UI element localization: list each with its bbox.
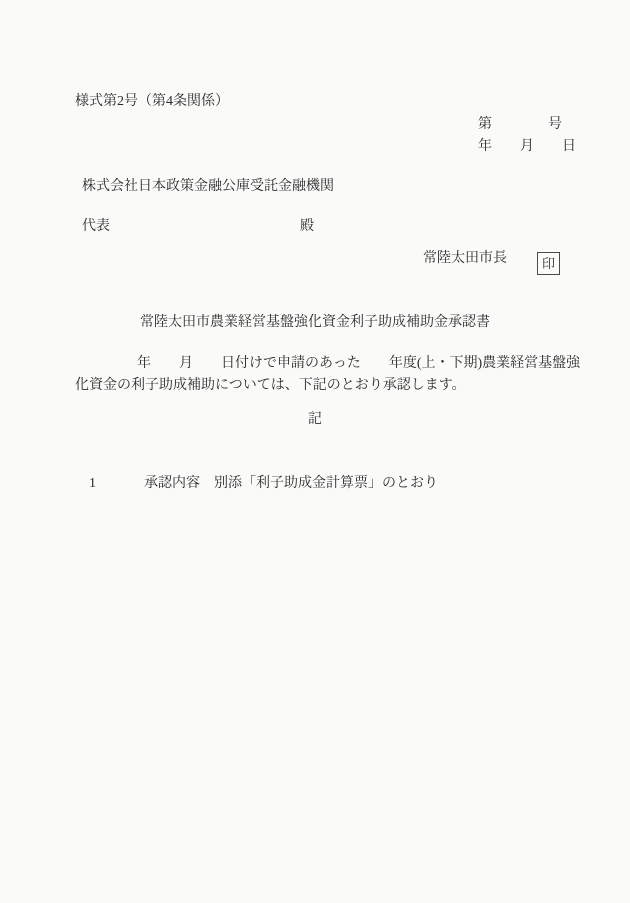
item-number: 1 (89, 476, 96, 491)
document-number-line: 第 号 (478, 114, 562, 136)
recipient-representative-label: 代表 (82, 216, 110, 238)
item-text: 承認内容 別添「利子助成金計算票」のとおり (144, 476, 438, 491)
body-paragraph-line1: 年 月 日付けで申請のあった 年度(上・下期)農業経営基盤強 (137, 353, 580, 375)
seal-mark: 印 (542, 257, 555, 270)
recipient-honorific: 殿 (300, 216, 314, 238)
form-number: 様式第2号（第4条関係） (75, 91, 229, 113)
seal-box: 印 (537, 252, 560, 275)
body-paragraph-line2: 化資金の利子助成補助については、下記のとおり承認します。 (75, 375, 466, 397)
list-item: 1承認内容 別添「利子助成金計算票」のとおり (75, 451, 438, 517)
issuer-name: 常陸太田市長 (423, 248, 507, 270)
record-marker: 記 (0, 409, 630, 431)
date-line: 年 月 日 (478, 136, 576, 158)
recipient-organization: 株式会社日本政策金融公庫受託金融機関 (82, 176, 334, 198)
document-title: 常陸太田市農業経営基盤強化資金利子助成補助金承認書 (0, 312, 630, 334)
document-page: 様式第2号（第4条関係） 第 号 年 月 日 株式会社日本政策金融公庫受託金融機… (0, 0, 630, 903)
